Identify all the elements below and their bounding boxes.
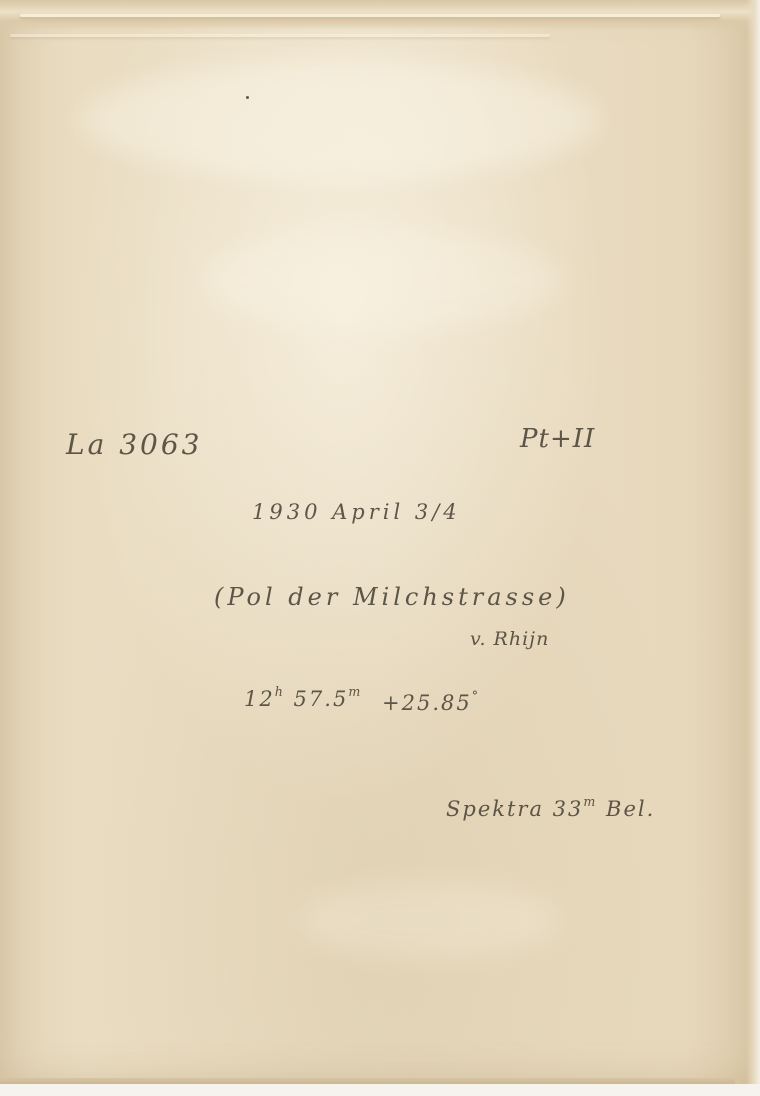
dec-value: +25.85 xyxy=(382,691,472,715)
observer-name: v. Rhijn xyxy=(470,628,549,650)
ra-minutes: 57.5 xyxy=(294,687,349,711)
paper-sheen xyxy=(300,880,560,960)
paper-sheen xyxy=(200,230,560,330)
right-ascension: 12h 57.5m xyxy=(244,686,362,711)
right-edge xyxy=(746,0,760,1084)
spectra-superscript: m xyxy=(583,794,597,809)
catalog-number: La 3063 xyxy=(66,428,202,461)
ra-minutes-unit: m xyxy=(348,684,362,699)
crease-line xyxy=(10,34,550,37)
plate-type-label: Pt+II xyxy=(520,424,595,454)
ra-hours: 12 xyxy=(244,687,275,711)
spectra-text: Spektra 33 xyxy=(446,797,583,821)
observation-date: 1930 April 3/4 xyxy=(252,500,461,524)
paper-sheen xyxy=(80,60,600,180)
degree-symbol: ° xyxy=(472,688,480,703)
spectra-suffix: Bel. xyxy=(606,797,655,821)
declination: +25.85° xyxy=(382,690,480,715)
bottom-edge xyxy=(0,1078,735,1084)
ra-hours-unit: h xyxy=(275,684,285,699)
crease-line xyxy=(20,14,720,17)
speck xyxy=(246,96,249,99)
spectra-note: Spektra 33m Bel. xyxy=(446,796,655,821)
field-name: (Pol der Milchstrasse) xyxy=(214,583,570,611)
